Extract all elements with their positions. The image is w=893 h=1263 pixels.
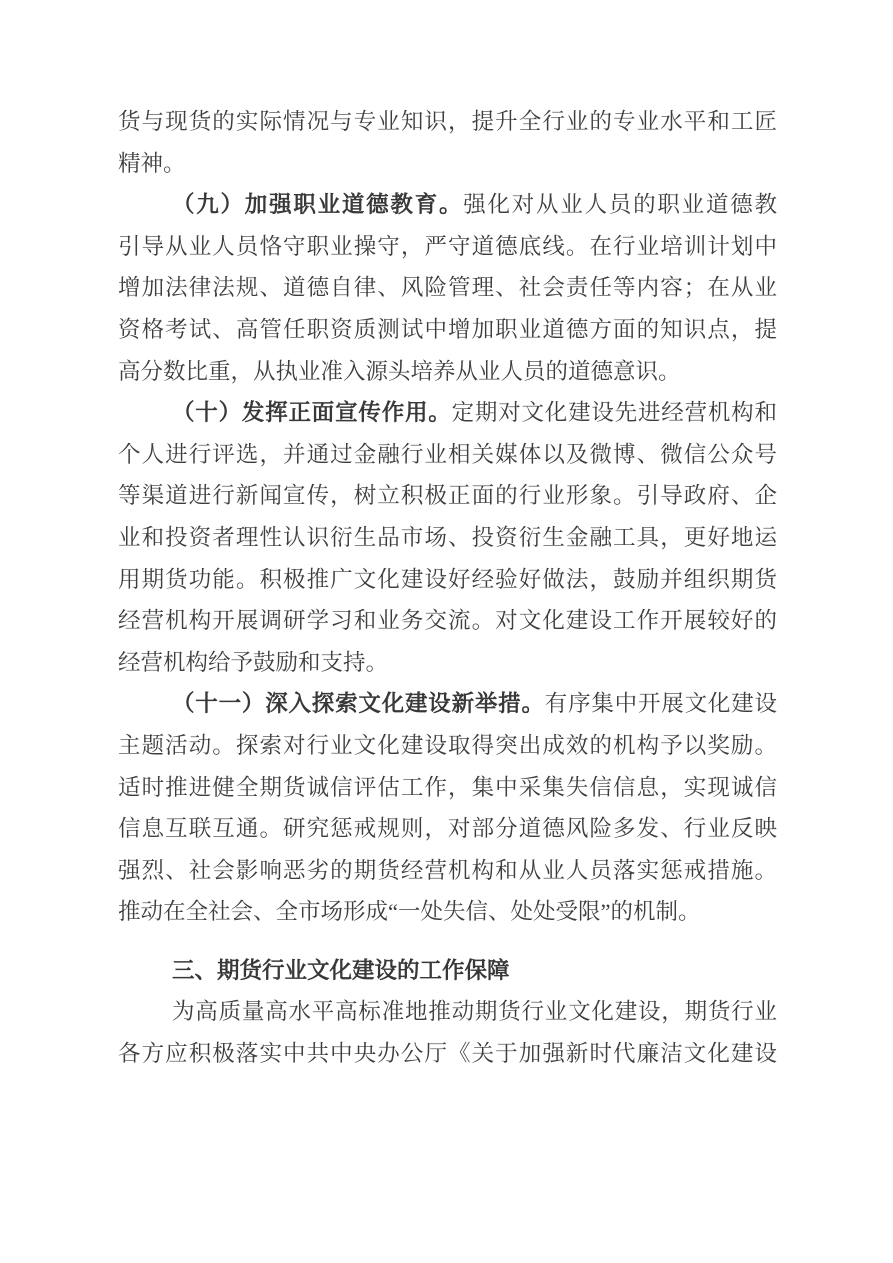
text-line: （十）发挥正面宣传作用。定期对文化建设先进经营机构和 — [118, 392, 777, 434]
text-line: 为高质量高水平高标准地推动期货行业文化建设，期货行业 — [118, 991, 777, 1033]
document-body: 货与现货的实际情况与专业知识，提升全行业的专业水平和工匠精神。（九）加强职业道德… — [118, 101, 777, 1075]
text-run: 适时推进健全期货诚信评估工作，集中采集失信信息，实现诚信 — [118, 775, 777, 800]
text-line: 业和投资者理性认识衍生品市场、投资衍生金融工具，更好地运 — [118, 517, 777, 559]
text-line: 强烈、社会影响恶劣的期货经营机构和从业人员落实惩戒措施。 — [118, 850, 777, 892]
text-run: 货与现货的实际情况与专业知识，提升全行业的专业水平和工匠 — [118, 109, 777, 134]
text-line: （十一）深入探索文化建设新举措。有序集中开展文化建设 — [118, 683, 777, 725]
text-line: 经营机构开展调研学习和业务交流。对文化建设工作开展较好的 — [118, 600, 777, 642]
text-run: 用期货功能。积极推广文化建设好经验好做法，鼓励并组织期货 — [118, 567, 777, 592]
text-run: 高分数比重，从执业准入源头培养从业人员的道德意识。 — [118, 359, 681, 384]
text-run: 增加法律法规、道德自律、风险管理、社会责任等内容；在从业 — [118, 275, 777, 300]
text-line: 精神。 — [118, 143, 777, 185]
text-run: 有序集中开展文化建设 — [545, 691, 777, 716]
document-page: 货与现货的实际情况与专业知识，提升全行业的专业水平和工匠精神。（九）加强职业道德… — [0, 0, 893, 1263]
text-line: 主题活动。探索对行业文化建设取得突出成效的机构予以奖励。 — [118, 725, 777, 767]
text-run: 精神。 — [118, 151, 186, 176]
heading-text: 三、期货行业文化建设的工作保障 — [172, 958, 510, 983]
text-line: 各方应积极落实中共中央办公厅《关于加强新时代廉洁文化建设 — [118, 1033, 777, 1075]
text-line: 增加法律法规、道德自律、风险管理、社会责任等内容；在从业 — [118, 267, 777, 309]
text-run: 经营机构开展调研学习和业务交流。对文化建设工作开展较好的 — [118, 608, 777, 633]
text-line: 个人进行评选，并通过金融行业相关媒体以及微博、微信公众号 — [118, 434, 777, 476]
text-run: 业和投资者理性认识衍生品市场、投资衍生金融工具，更好地运 — [118, 525, 777, 550]
text-line: 货与现货的实际情况与专业知识，提升全行业的专业水平和工匠 — [118, 101, 777, 143]
text-run: 推动在全社会、全市场形成“一处失信、处处受限”的机制。 — [118, 899, 700, 924]
text-run: 各方应积极落实中共中央办公厅《关于加强新时代廉洁文化建设 — [118, 1041, 777, 1066]
text-line: 信息互联互通。研究惩戒规则，对部分道德风险多发、行业反映 — [118, 808, 777, 850]
text-run: 为高质量高水平高标准地推动期货行业文化建设，期货行业 — [172, 999, 777, 1024]
text-line: 经营机构给予鼓励和支持。 — [118, 642, 777, 684]
text-run: 经营机构给予鼓励和支持。 — [118, 650, 388, 675]
text-run: 引导从业人员恪守职业操守，严守道德底线。在行业培训计划中 — [118, 234, 777, 259]
text-line: 等渠道进行新闻宣传，树立积极正面的行业形象。引导政府、企 — [118, 475, 777, 517]
text-line: 资格考试、高管任职资质测试中增加职业道德方面的知识点，提 — [118, 309, 777, 351]
bold-run: （十）发挥正面宣传作用。 — [172, 400, 452, 425]
text-line: 引导从业人员恪守职业操守，严守道德底线。在行业培训计划中 — [118, 226, 777, 268]
text-run: 个人进行评选，并通过金融行业相关媒体以及微博、微信公众号 — [118, 442, 777, 467]
text-run: 定期对文化建设先进经营机构和 — [452, 400, 777, 425]
text-run: 信息互联互通。研究惩戒规则，对部分道德风险多发、行业反映 — [118, 816, 777, 841]
text-line: 适时推进健全期货诚信评估工作，集中采集失信信息，实现诚信 — [118, 767, 777, 809]
bold-run: （九）加强职业道德教育。 — [172, 192, 463, 217]
text-run: 资格考试、高管任职资质测试中增加职业道德方面的知识点，提 — [118, 317, 777, 342]
text-line: 推动在全社会、全市场形成“一处失信、处处受限”的机制。 — [118, 891, 777, 933]
text-run: 主题活动。探索对行业文化建设取得突出成效的机构予以奖励。 — [118, 733, 777, 758]
text-line: 用期货功能。积极推广文化建设好经验好做法，鼓励并组织期货 — [118, 559, 777, 601]
text-line: （九）加强职业道德教育。强化对从业人员的职业道德教育， — [118, 184, 777, 226]
text-run: 强烈、社会影响恶劣的期货经营机构和从业人员落实惩戒措施。 — [118, 858, 777, 883]
section-heading: 三、期货行业文化建设的工作保障 — [118, 950, 777, 992]
text-line: 高分数比重，从执业准入源头培养从业人员的道德意识。 — [118, 351, 777, 393]
text-run: 等渠道进行新闻宣传，树立积极正面的行业形象。引导政府、企 — [118, 483, 777, 508]
bold-run: （十一）深入探索文化建设新举措。 — [172, 691, 545, 716]
